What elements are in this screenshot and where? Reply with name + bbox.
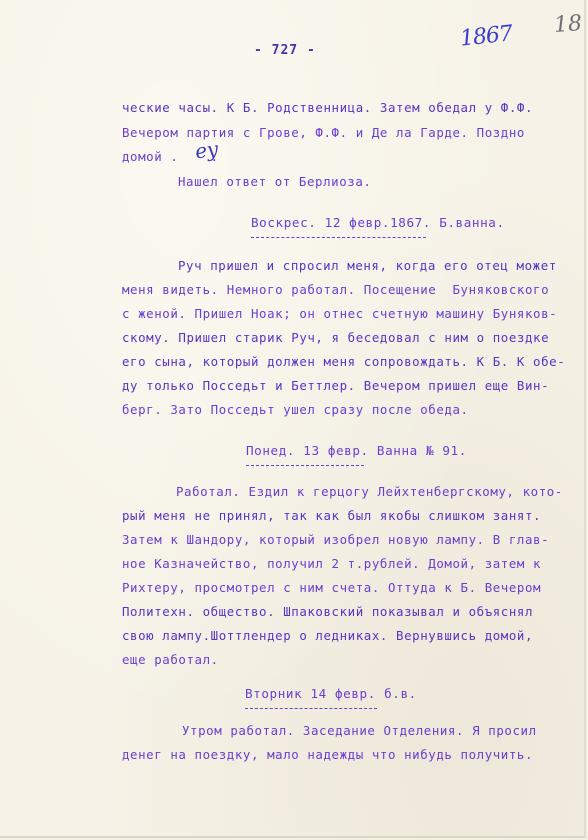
text-line: денег на поездку, мало надежды что нибуд…: [122, 749, 533, 761]
entry-heading: Понед. 13 февр. Ванна № 91.: [246, 445, 467, 458]
handwritten-year: 1867: [459, 21, 513, 51]
text-line: свою лампу.Шоттлендер о ледниках. Вернув…: [122, 630, 533, 642]
text-line: Рихтеру, просмотрел с ним счета. Оттуда …: [122, 582, 541, 594]
text-line: еще работал.: [122, 654, 219, 666]
text-line: рый меня не принял, так как был якобы сл…: [122, 510, 541, 522]
text-line: меня видеть. Немного работал. Посещение …: [122, 284, 549, 296]
heading-underline: [246, 465, 364, 466]
text-line: ное Казначейство, получил 2 т.рублей. До…: [122, 558, 541, 570]
text-line: Вечером партия с Грове, Ф.Ф. и Де ла Гар…: [122, 127, 525, 139]
text-line: Политехн. общество. Шпаковский показывал…: [122, 606, 533, 618]
text-line: ду только Посседьт и Беттлер. Вечером пр…: [122, 380, 549, 392]
text-line: Работал. Ездил к герцогу Лейхтенбергском…: [176, 486, 563, 498]
text-line: Нашел ответ от Берлиоза.: [178, 176, 371, 188]
entry-heading: Вторник 14 февр. б.в.: [245, 688, 417, 701]
text-line: ческие часы. К Б. Родственница. Затем об…: [122, 102, 533, 114]
page-number: - 727 -: [254, 44, 316, 57]
entry-heading: Воскрес. 12 февр.1867. Б.ванна.: [251, 217, 505, 230]
text-line: его сына, который должен меня сопровожда…: [122, 356, 565, 368]
text-line: Затем к Шандору, который изобрел новую л…: [122, 534, 549, 546]
text-line: с женой. Пришел Ноак; он отнес счетную м…: [122, 308, 557, 320]
handwritten-folio-number: 18: [553, 11, 583, 38]
handwritten-initials: ey: [193, 137, 219, 164]
text-line: Руч пришел и спросил меня, когда его оте…: [178, 260, 557, 272]
text-line: скому. Пришел старик Руч, я беседовал с …: [122, 332, 549, 344]
text-line: Утром работал. Заседание Отделения. Я пр…: [182, 725, 537, 737]
heading-underline: [245, 708, 377, 709]
text-line: берг. Зато Посседьт ушел сразу после обе…: [122, 404, 469, 416]
document-page: - 727 - 1867 18 ческие часы. К Б. Родств…: [0, 0, 586, 838]
heading-underline: [251, 237, 426, 238]
